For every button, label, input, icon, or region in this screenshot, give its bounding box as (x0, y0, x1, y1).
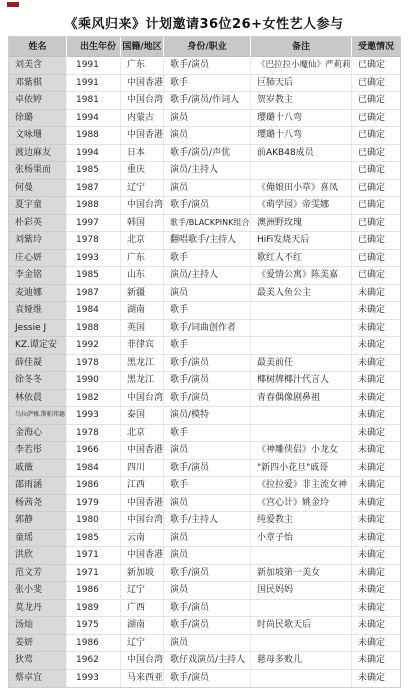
cell-occupation: 歌手/演员/声优 (164, 145, 251, 163)
cell-region: 江西 (121, 477, 164, 495)
cell-occupation: 歌手 (164, 250, 251, 268)
cell-region: 湖南 (121, 617, 164, 635)
cell-occupation: 歌手/演员 (164, 57, 251, 75)
cell-status: 已确定 (352, 232, 400, 250)
cell-occupation: 演员 (164, 180, 251, 198)
table-row: 文咏珊1988中国香港演员璎璐十八弯已确定 (9, 127, 400, 145)
table-row: 麦迪娜1987新疆演员最美人鱼公主未确定 (9, 285, 400, 303)
cell-note: 《萌学园》帝雯娜 (251, 197, 352, 215)
cell-note: 最美人鱼公主 (251, 285, 352, 303)
cell-region: 中国台湾 (121, 197, 164, 215)
cell-birth-year: 1993 (67, 670, 121, 688)
cell-name: 乌拉萨雅.斯帕邦德 (9, 407, 67, 425)
table-row: 童瑶1985云南演员小章子怡未确定 (9, 530, 400, 548)
cell-status: 已确定 (352, 250, 400, 268)
cell-occupation: 歌手/演员 (164, 390, 251, 408)
cell-note: 贺岁教主 (251, 92, 352, 110)
cell-note: 《俺娘田小草》喜凤 (251, 180, 352, 198)
cell-name: 李金铭 (9, 267, 67, 285)
table-header-row: 姓名出生年份国籍/地区身份/职业备注受邀情况 (9, 37, 400, 57)
table-row: 张小斐1986辽宁演员国民妈妈未确定 (9, 582, 400, 600)
cell-note: 巨肺天后 (251, 75, 352, 93)
cell-birth-year: 1993 (67, 250, 121, 268)
cell-region: 辽宁 (121, 635, 164, 653)
cell-name: 李若彤 (9, 442, 67, 460)
table-row: 袁娅维1984湖南歌手未确定 (9, 302, 400, 320)
cell-name: 郭静 (9, 512, 67, 530)
table-row: 杨茜尧1979中国香港演员《宫心计》姚金玲未确定 (9, 495, 400, 513)
cell-name: 金海心 (9, 425, 67, 443)
cell-occupation: 演员 (164, 547, 251, 565)
cell-status: 未确定 (352, 425, 400, 443)
cell-birth-year: 1975 (67, 617, 121, 635)
cell-status: 已确定 (352, 197, 400, 215)
cell-birth-year: 1966 (67, 442, 121, 460)
cell-name: 张杨果而 (9, 162, 67, 180)
table-body: 刘美含1991广东歌手/演员《巴拉拉小魔仙》严莉莉已确定邓紫棋1991中国香港歌… (9, 57, 400, 687)
table-row: 邓紫棋1991中国香港歌手巨肺天后已确定 (9, 75, 400, 93)
cell-birth-year: 1980 (67, 512, 121, 530)
cell-birth-year: 1989 (67, 600, 121, 618)
cell-note: 《巴拉拉小魔仙》严莉莉 (251, 57, 352, 75)
cell-region: 中国台湾 (121, 512, 164, 530)
cell-occupation: 翻唱歌手/主持人 (164, 232, 251, 250)
cell-occupation: 歌手/演员 (164, 355, 251, 373)
cell-region: 中国台湾 (121, 390, 164, 408)
cell-occupation: 歌手/演员 (164, 372, 251, 390)
header-cell-note: 备注 (251, 37, 352, 57)
cell-birth-year: 1994 (67, 110, 121, 128)
cell-name: 邵雨涵 (9, 477, 67, 495)
cell-name: 庄心妍 (9, 250, 67, 268)
cell-region: 韩国 (121, 215, 164, 233)
cell-status: 未确定 (352, 495, 400, 513)
cell-region: 山东 (121, 267, 164, 285)
cell-name: 文咏珊 (9, 127, 67, 145)
cell-region: 马来西亚 (121, 670, 164, 688)
cell-region: 中国香港 (121, 75, 164, 93)
cell-status: 未确定 (352, 582, 400, 600)
table-row: 何曼1987辽宁演员《俺娘田小草》喜凤已确定 (9, 180, 400, 198)
cell-occupation: 歌手/演员/作词人 (164, 92, 251, 110)
cell-region: 内蒙古 (121, 110, 164, 128)
cell-status: 未确定 (352, 652, 400, 670)
cell-occupation: 演员 (164, 495, 251, 513)
cell-birth-year: 1994 (67, 145, 121, 163)
cell-occupation: 演员 (164, 635, 251, 653)
table-row: 徐璐1994内蒙古演员璎璐十八弯已确定 (9, 110, 400, 128)
cell-name: 袁娅维 (9, 302, 67, 320)
cell-name: 徐冬冬 (9, 372, 67, 390)
cell-name: 麦迪娜 (9, 285, 67, 303)
cell-birth-year: 1986 (67, 635, 121, 653)
cell-name: 蔡卓宜 (9, 670, 67, 688)
cell-region: 重庆 (121, 162, 164, 180)
cell-occupation: 歌手/BLACKPINK组合 (164, 215, 251, 233)
cell-occupation: 歌手 (164, 425, 251, 443)
cell-note: 小章子怡 (251, 530, 352, 548)
cell-birth-year: 1978 (67, 232, 121, 250)
header-cell-birth-year: 出生年份 (67, 37, 121, 57)
cell-occupation: 歌手 (164, 337, 251, 355)
cell-name: 薛佳凝 (9, 355, 67, 373)
cell-occupation: 演员/模特 (164, 407, 251, 425)
cell-name: 戚薇 (9, 460, 67, 478)
cell-name: 莫龙丹 (9, 600, 67, 618)
cell-birth-year: 1979 (67, 495, 121, 513)
cell-note (251, 670, 352, 688)
cell-note: 慈母多败儿 (251, 652, 352, 670)
cell-birth-year: 1992 (67, 337, 121, 355)
cell-note (251, 337, 352, 355)
cell-name: 张小斐 (9, 582, 67, 600)
table-row: 莫龙丹1989广西歌手/演员未确定 (9, 600, 400, 618)
cell-region: 中国香港 (121, 442, 164, 460)
cell-status: 已确定 (352, 127, 400, 145)
cell-occupation: 歌手 (164, 75, 251, 93)
cell-status: 未确定 (352, 530, 400, 548)
cell-region: 泰国 (121, 407, 164, 425)
cell-region: 北京 (121, 425, 164, 443)
cell-birth-year: 1971 (67, 547, 121, 565)
cell-note (251, 302, 352, 320)
table-row: Jessie J1988英国歌手/词曲创作者未确定 (9, 320, 400, 338)
table-row: 戚薇1984四川歌手/演员"新四小花旦"戚哥未确定 (9, 460, 400, 478)
cell-status: 未确定 (352, 617, 400, 635)
cell-status: 未确定 (352, 337, 400, 355)
table-row: 狄莺1962中国台湾歌仔戏演员/主持人慈母多败儿未确定 (9, 652, 400, 670)
cell-note: 澳洲野玫瑰 (251, 215, 352, 233)
cell-region: 新疆 (121, 285, 164, 303)
cell-status: 未确定 (352, 355, 400, 373)
cell-occupation: 歌手/演员 (164, 460, 251, 478)
cell-note: 纯爱教主 (251, 512, 352, 530)
cell-occupation: 歌手/演员 (164, 600, 251, 618)
cell-birth-year: 1987 (67, 285, 121, 303)
cell-region: 广东 (121, 57, 164, 75)
cell-occupation: 歌手/演员 (164, 617, 251, 635)
cell-note: 新加坡第一美女 (251, 565, 352, 583)
cell-birth-year: 1997 (67, 215, 121, 233)
cell-note: 椰树牌椰汁代言人 (251, 372, 352, 390)
table-row: 洪欣1971中国香港演员未确定 (9, 547, 400, 565)
cell-name: 童瑶 (9, 530, 67, 548)
cell-region: 中国台湾 (121, 652, 164, 670)
cell-status: 已确定 (352, 145, 400, 163)
cell-occupation: 歌手 (164, 302, 251, 320)
cell-birth-year: 1988 (67, 127, 121, 145)
cell-birth-year: 1985 (67, 530, 121, 548)
cell-status: 未确定 (352, 512, 400, 530)
cell-region: 新加坡 (121, 565, 164, 583)
header-cell-name: 姓名 (9, 37, 67, 57)
cell-birth-year: 1986 (67, 582, 121, 600)
cell-name: 狄莺 (9, 652, 67, 670)
cell-status: 未确定 (352, 442, 400, 460)
cell-birth-year: 1982 (67, 390, 121, 408)
cell-region: 黑龙江 (121, 372, 164, 390)
cell-status: 已确定 (352, 75, 400, 93)
cell-name: 范文芳 (9, 565, 67, 583)
cell-note: 《拉拉爱》非主流女神 (251, 477, 352, 495)
cell-status: 未确定 (352, 477, 400, 495)
cell-status: 已确定 (352, 110, 400, 128)
cell-note (251, 635, 352, 653)
cell-region: 英国 (121, 320, 164, 338)
cell-occupation: 歌手/词曲创作者 (164, 320, 251, 338)
cell-name: Jessie J (9, 320, 67, 338)
cell-region: 四川 (121, 460, 164, 478)
cell-note: 璎璐十八弯 (251, 127, 352, 145)
cell-note: 青春偶像剧鼻祖 (251, 390, 352, 408)
cell-birth-year: 1986 (67, 477, 121, 495)
cell-note (251, 162, 352, 180)
cell-status: 未确定 (352, 320, 400, 338)
cell-occupation: 歌手 (164, 477, 251, 495)
table-row: 渡边麻友1994日本歌手/演员/声优前AKB48成员已确定 (9, 145, 400, 163)
cell-name: 夏宇童 (9, 197, 67, 215)
table-row: 夏宇童1988中国台湾歌手/演员《萌学园》帝雯娜已确定 (9, 197, 400, 215)
cell-name: 洪欣 (9, 547, 67, 565)
cell-note: 《爱情公寓》陈美嘉 (251, 267, 352, 285)
table-row: 邵雨涵1986江西歌手《拉拉爱》非主流女神未确定 (9, 477, 400, 495)
table-row: 蔡卓宜1993马来西亚歌手/演员未确定 (9, 670, 400, 688)
cell-name: 邓紫棋 (9, 75, 67, 93)
table-row: 郭静1980中国台湾歌手/主持人纯爱教主未确定 (9, 512, 400, 530)
cell-status: 已确定 (352, 180, 400, 198)
cell-region: 北京 (121, 232, 164, 250)
table-row: 乌拉萨雅.斯帕邦德1993泰国演员/模特未确定 (9, 407, 400, 425)
table-row: 林依晨1982中国台湾歌手/演员青春偶像剧鼻祖未确定 (9, 390, 400, 408)
cell-occupation: 演员/主持人 (164, 162, 251, 180)
cell-name: 姜妍 (9, 635, 67, 653)
cell-status: 已确定 (352, 267, 400, 285)
cell-note: 《宫心计》姚金玲 (251, 495, 352, 513)
cell-birth-year: 1981 (67, 92, 121, 110)
cell-birth-year: 1985 (67, 267, 121, 285)
cell-name: 杨茜尧 (9, 495, 67, 513)
cell-birth-year: 1984 (67, 302, 121, 320)
cell-note: 时尚民歌天后 (251, 617, 352, 635)
cell-name: 刘紫玲 (9, 232, 67, 250)
cell-name: 渡边麻友 (9, 145, 67, 163)
cell-status: 未确定 (352, 547, 400, 565)
cell-birth-year: 1962 (67, 652, 121, 670)
cell-note: 《神雕侠侣》小龙女 (251, 442, 352, 460)
cell-occupation: 歌手/主持人 (164, 512, 251, 530)
cell-birth-year: 1984 (67, 460, 121, 478)
cell-name: KZ.谭定安 (9, 337, 67, 355)
cell-birth-year: 1988 (67, 320, 121, 338)
table-row: 李若彤1966中国香港演员《神雕侠侣》小龙女未确定 (9, 442, 400, 460)
cell-status: 未确定 (352, 390, 400, 408)
cell-region: 广东 (121, 250, 164, 268)
header-cell-region: 国籍/地区 (121, 37, 164, 57)
cell-birth-year: 1978 (67, 425, 121, 443)
cell-occupation: 歌手/演员 (164, 565, 251, 583)
cell-region: 中国香港 (121, 127, 164, 145)
cell-name: 卓依婷 (9, 92, 67, 110)
cell-region: 广西 (121, 600, 164, 618)
cell-birth-year: 1971 (67, 565, 121, 583)
cell-occupation: 演员 (164, 530, 251, 548)
cell-occupation: 演员 (164, 127, 251, 145)
cell-note: 最美前任 (251, 355, 352, 373)
cell-region: 湖南 (121, 302, 164, 320)
cell-note (251, 547, 352, 565)
cell-region: 云南 (121, 530, 164, 548)
cell-note: 前AKB48成员 (251, 145, 352, 163)
cell-status: 已确定 (352, 162, 400, 180)
cell-birth-year: 1991 (67, 75, 121, 93)
cell-region: 中国香港 (121, 547, 164, 565)
cell-note: "新四小花旦"戚哥 (251, 460, 352, 478)
cell-name: 徐璐 (9, 110, 67, 128)
cell-region: 辽宁 (121, 180, 164, 198)
cell-occupation: 歌仔戏演员/主持人 (164, 652, 251, 670)
cell-note (251, 407, 352, 425)
cell-birth-year: 1993 (67, 407, 121, 425)
cell-region: 日本 (121, 145, 164, 163)
table-row: 徐冬冬1990黑龙江歌手/演员椰树牌椰汁代言人未确定 (9, 372, 400, 390)
cell-status: 未确定 (352, 302, 400, 320)
cell-occupation: 歌手/演员 (164, 197, 251, 215)
cell-note: 国民妈妈 (251, 582, 352, 600)
header-cell-occupation: 身份/职业 (164, 37, 251, 57)
table-row: 汤灿1975湖南歌手/演员时尚民歌天后未确定 (9, 617, 400, 635)
page-title: 《乘风归来》计划邀请36位26+女性艺人参与 (0, 13, 408, 32)
cell-status: 未确定 (352, 460, 400, 478)
cell-birth-year: 1987 (67, 180, 121, 198)
table-row: 范文芳1971新加坡歌手/演员新加坡第一美女未确定 (9, 565, 400, 583)
header-cell-status: 受邀情况 (352, 37, 400, 57)
table-row: 金海心1978北京歌手未确定 (9, 425, 400, 443)
cell-birth-year: 1990 (67, 372, 121, 390)
corner-mark (7, 2, 19, 7)
cell-name: 林依晨 (9, 390, 67, 408)
cell-note (251, 320, 352, 338)
cell-occupation: 演员 (164, 285, 251, 303)
table-row: KZ.谭定安1992菲律宾歌手未确定 (9, 337, 400, 355)
table-row: 刘美含1991广东歌手/演员《巴拉拉小魔仙》严莉莉已确定 (9, 57, 400, 75)
cell-status: 已确定 (352, 92, 400, 110)
cell-note: 歌红人不红 (251, 250, 352, 268)
table-row: 张杨果而1985重庆演员/主持人已确定 (9, 162, 400, 180)
cell-region: 中国台湾 (121, 92, 164, 110)
cell-note: 璎璐十八弯 (251, 110, 352, 128)
cell-note (251, 425, 352, 443)
cell-status: 未确定 (352, 285, 400, 303)
artists-table: 姓名出生年份国籍/地区身份/职业备注受邀情况 刘美含1991广东歌手/演员《巴拉… (8, 36, 401, 688)
cell-birth-year: 1991 (67, 57, 121, 75)
cell-status: 已确定 (352, 57, 400, 75)
cell-status: 未确定 (352, 407, 400, 425)
cell-name: 刘美含 (9, 57, 67, 75)
cell-status: 未确定 (352, 635, 400, 653)
table-row: 李金铭1985山东演员/主持人《爱情公寓》陈美嘉已确定 (9, 267, 400, 285)
cell-occupation: 演员 (164, 110, 251, 128)
cell-status: 已确定 (352, 215, 400, 233)
cell-birth-year: 1988 (67, 197, 121, 215)
table-row: 庄心妍1993广东歌手歌红人不红已确定 (9, 250, 400, 268)
cell-status: 未确定 (352, 372, 400, 390)
cell-note (251, 600, 352, 618)
cell-note: HiFi发烧天后 (251, 232, 352, 250)
cell-region: 黑龙江 (121, 355, 164, 373)
cell-status: 未确定 (352, 565, 400, 583)
cell-name: 朴彩英 (9, 215, 67, 233)
cell-occupation: 演员 (164, 582, 251, 600)
table-row: 朴彩英1997韩国歌手/BLACKPINK组合澳洲野玫瑰已确定 (9, 215, 400, 233)
table-row: 卓依婷1981中国台湾歌手/演员/作词人贺岁教主已确定 (9, 92, 400, 110)
cell-occupation: 演员/主持人 (164, 267, 251, 285)
cell-name: 何曼 (9, 180, 67, 198)
cell-status: 未确定 (352, 600, 400, 618)
cell-birth-year: 1978 (67, 355, 121, 373)
cell-region: 中国香港 (121, 495, 164, 513)
cell-region: 菲律宾 (121, 337, 164, 355)
cell-birth-year: 1985 (67, 162, 121, 180)
cell-region: 辽宁 (121, 582, 164, 600)
cell-status: 未确定 (352, 670, 400, 688)
cell-occupation: 歌手/演员 (164, 670, 251, 688)
table-row: 刘紫玲1978北京翻唱歌手/主持人HiFi发烧天后已确定 (9, 232, 400, 250)
cell-occupation: 演员 (164, 442, 251, 460)
cell-name: 汤灿 (9, 617, 67, 635)
table-row: 薛佳凝1978黑龙江歌手/演员最美前任未确定 (9, 355, 400, 373)
table-row: 姜妍1986辽宁演员未确定 (9, 635, 400, 653)
